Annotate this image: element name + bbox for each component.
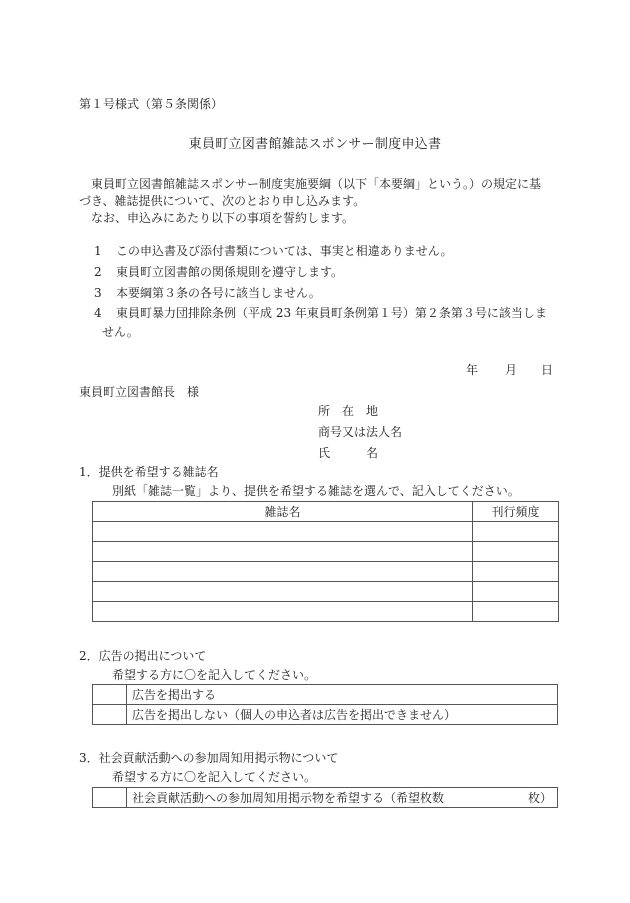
pledge-number: 2 xyxy=(94,265,116,279)
magazine-name-cell[interactable] xyxy=(93,522,473,542)
form-number: 第１号様式（第５条関係） xyxy=(79,97,223,111)
date-month-label: 月 xyxy=(505,363,517,377)
document-title: 東員町立図書館雑誌スポンサー制度申込書 xyxy=(0,138,630,152)
frequency-cell[interactable] xyxy=(473,582,559,602)
pledge-item: 4東員町暴力団排除条例（平成 23 年東員町条例第１号）第２条第３号に該当しま xyxy=(94,306,547,320)
option-label: 広告を掲出しない（個人の申込者は広告を掲出できません） xyxy=(127,705,558,725)
pledge-item: 2東員町立図書館の関係規則を遵守します。 xyxy=(94,265,343,279)
pledge-item: 1この申込書及び添付書類については、事実と相違ありません。 xyxy=(94,244,452,258)
addressee: 東員町立図書館長 様 xyxy=(79,385,199,399)
table-row xyxy=(93,542,559,562)
table-header-row: 雑誌名 刊行頻度 xyxy=(93,502,559,522)
address-label: 所 在 地 xyxy=(318,404,378,418)
section3-note: 希望する方に〇を記入してください。 xyxy=(112,770,316,784)
pledge-text: 東員町暴力団排除条例（平成 23 年東員町条例第１号）第２条第３号に該当しま xyxy=(116,306,547,320)
pledge-number: 3 xyxy=(94,286,116,300)
header-magazine-name: 雑誌名 xyxy=(93,502,473,522)
poster-options-table: 社会貢献活動への参加周知用掲示物を希望する（希望枚数 枚） xyxy=(92,787,558,808)
pledge-text: 東員町立図書館の関係規則を遵守します。 xyxy=(116,265,343,279)
section1-note: 別紙「雑誌一覧」より、提供を希望する雑誌を選んで、記入してください。 xyxy=(112,484,520,498)
option-row: 広告を掲出する xyxy=(93,685,558,705)
section2-note: 希望する方に〇を記入してください。 xyxy=(112,668,316,682)
frequency-cell[interactable] xyxy=(473,602,559,622)
choice-mark-cell[interactable] xyxy=(93,788,127,808)
table-row xyxy=(93,582,559,602)
pledge-text: この申込書及び添付書類については、事実と相違ありません。 xyxy=(116,244,452,258)
applicant-name-label: 氏 名 xyxy=(318,446,378,460)
section1-heading: 1．提供を希望する雑誌名 xyxy=(79,465,219,479)
choice-mark-cell[interactable] xyxy=(93,705,127,725)
frequency-cell[interactable] xyxy=(473,522,559,542)
date-day-label: 日 xyxy=(541,363,553,377)
magazine-name-cell[interactable] xyxy=(93,542,473,562)
magazine-name-cell[interactable] xyxy=(93,562,473,582)
quantity-unit: 枚） xyxy=(528,791,552,805)
table-row xyxy=(93,602,559,622)
section2-heading: 2．広告の掲出について xyxy=(79,649,206,663)
magazine-name-cell[interactable] xyxy=(93,602,473,622)
section3-heading: 3．社会貢献活動への参加周知用掲示物について xyxy=(79,751,338,765)
option-row: 広告を掲出しない（個人の申込者は広告を掲出できません） xyxy=(93,705,558,725)
table-row xyxy=(93,522,559,542)
company-name-label: 商号又は法人名 xyxy=(318,425,402,439)
date-year-label: 年 xyxy=(466,363,478,377)
pledge-continuation: せん。 xyxy=(102,325,139,339)
intro-line-3: なお、申込みにあたり以下の事項を誓約します。 xyxy=(79,211,354,225)
header-frequency: 刊行頻度 xyxy=(473,502,559,522)
option-row: 社会貢献活動への参加周知用掲示物を希望する（希望枚数 枚） xyxy=(93,788,558,808)
advertisement-options-table: 広告を掲出する 広告を掲出しない（個人の申込者は広告を掲出できません） xyxy=(92,684,558,725)
intro-line-1: 東員町立図書館雑誌スポンサー制度実施要綱（以下「本要綱」という。）の規定に基 xyxy=(79,177,541,191)
option-label: 社会貢献活動への参加周知用掲示物を希望する（希望枚数 xyxy=(132,791,444,805)
pledge-text: 本要綱第３条の各号に該当しません。 xyxy=(116,286,321,300)
frequency-cell[interactable] xyxy=(473,562,559,582)
pledge-item: 3本要綱第３条の各号に該当しません。 xyxy=(94,286,321,300)
table-row xyxy=(93,562,559,582)
pledge-number: 1 xyxy=(94,244,116,258)
option-label: 広告を掲出する xyxy=(127,685,558,705)
frequency-cell[interactable] xyxy=(473,542,559,562)
magazine-table: 雑誌名 刊行頻度 xyxy=(92,501,559,622)
pledge-number: 4 xyxy=(94,306,116,320)
intro-line-2: づき、雑誌提供について、次のとおり申し込みます。 xyxy=(79,194,365,208)
magazine-name-cell[interactable] xyxy=(93,582,473,602)
choice-mark-cell[interactable] xyxy=(93,685,127,705)
option-label-cell: 社会貢献活動への参加周知用掲示物を希望する（希望枚数 枚） xyxy=(127,788,558,808)
